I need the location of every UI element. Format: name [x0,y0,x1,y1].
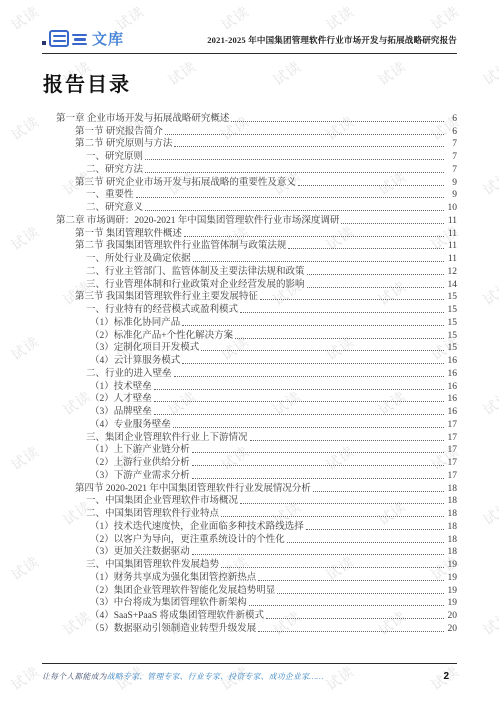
toc-item-page-number: 7 [445,165,457,175]
toc-item-label: （5）数据驱动引领制造业转型升级发展 [90,620,256,634]
watermark-text: 试读 [479,166,499,200]
toc-item-page-number: 15 [445,292,457,302]
toc-leader-dots [298,185,444,186]
toc-item-page-number: 18 [445,547,457,557]
toc-item-page-number: 12 [445,267,457,277]
toc-leader-dots [260,299,444,300]
toc-leader-dots [249,605,444,606]
toc-item-page-number: 19 [445,560,457,570]
toc-item-page-number: 17 [445,433,457,443]
toc-item-page-number: 19 [445,573,457,583]
toc-leader-dots [288,248,444,249]
document-page: 试读试读试读试读试读试读试读试读试读试读试读试读试读试读试读试读试读试读试读试读… [0,0,499,706]
watermark-text: 试读 [479,276,499,310]
brand-name: 文库 [92,32,124,47]
toc-item-page-number: 6 [445,127,457,137]
toc-list: 第一章 企业市场开发与拓展战略研究概述6第一节 研究报告简介6第二节 研究原则与… [56,111,457,634]
toc-leader-dots [136,197,444,198]
page-footer: 让每个人都能成为战略专家、管理专家、行业专家、投资专家、成功企业家…… 2 [42,663,457,682]
toc-item-page-number: 9 [445,190,457,200]
watermark-text: 试读 [7,111,43,145]
toc-item-page-number: 17 [445,458,457,468]
toc-item-page-number: 19 [445,598,457,608]
toc-item-page-number: 7 [445,139,457,149]
toc-leader-dots [266,618,444,619]
toc-leader-dots [165,134,444,135]
toc-item-page-number: 17 [445,471,457,481]
toc-item-page-number: 16 [445,369,457,379]
toc-item-page-number: 15 [445,318,457,328]
watermark-text: 试读 [479,386,499,420]
toc-item-page-number: 11 [445,241,457,251]
footer-slogan-highlight: 战略专家、管理专家、行业专家、投资专家、成功企业家…… [107,672,324,681]
toc-item-page-number: 17 [445,445,457,455]
toc-leader-dots [192,465,444,466]
toc-item-page-number: 16 [445,382,457,392]
document-title: 2021-2025 年中国集团管理软件行业市场开发与拓展战略研究报告 [207,34,457,46]
page-content: 文库 2021-2025 年中国集团管理软件行业市场开发与拓展战略研究报告 报告… [42,0,457,634]
watermark-text: 试读 [7,661,43,695]
toc-item-page-number: 15 [445,305,457,315]
toc-item-page-number: 18 [445,535,457,545]
toc-leader-dots [192,554,444,555]
toc-item-page-number: 20 [445,611,457,621]
toc-leader-dots [307,274,444,275]
logo-e-bars-icon [72,32,87,47]
toc-leader-dots [250,440,444,441]
toc-leader-dots [306,529,444,530]
toc-leader-dots [307,287,444,288]
toc-item-page-number: 17 [445,420,457,430]
toc-item-page-number: 18 [445,484,457,494]
toc-item-page-number: 15 [445,331,457,341]
toc-leader-dots [287,542,444,543]
toc-leader-dots [154,401,444,402]
toc-leader-dots [231,121,444,122]
toc-leader-dots [258,631,444,632]
watermark-text: 试读 [479,496,499,530]
toc-leader-dots [201,350,444,351]
toc-item-page-number: 18 [445,509,457,519]
watermark-text: 试读 [7,441,43,475]
toc-leader-dots [313,491,444,492]
toc-leader-dots [341,223,444,224]
toc-leader-dots [192,452,444,453]
toc-item-page-number: 19 [445,586,457,596]
toc-leader-dots [258,580,444,581]
brand-logo: 文库 [42,30,124,47]
toc-leader-dots [182,363,444,364]
toc-leader-dots [145,159,444,160]
toc-item: （5）数据驱动引领制造业转型升级发展20 [56,621,457,634]
toc-item-page-number: 11 [445,229,457,239]
toc-item-page-number: 16 [445,394,457,404]
toc-item-page-number: 18 [445,522,457,532]
watermark-text: 试读 [479,56,499,90]
watermark-text: 试读 [479,606,499,640]
toc-item-page-number: 14 [445,280,457,290]
toc-item-page-number: 9 [445,178,457,188]
toc-leader-dots [235,338,444,339]
toc-item-page-number: 20 [445,624,457,634]
toc-leader-dots [174,376,444,377]
footer-slogan: 让每个人都能成为战略专家、管理专家、行业专家、投资专家、成功企业家…… [42,671,324,682]
toc-item-page-number: 11 [445,254,457,264]
toc-item-page-number: 16 [445,356,457,366]
toc-leader-dots [277,593,444,594]
toc-leader-dots [174,146,444,147]
footer-slogan-prefix: 让每个人都能成为 [42,672,107,681]
toc-item-page-number: 11 [445,216,457,226]
page-number: 2 [443,671,457,682]
toc-item-page-number: 18 [445,496,457,506]
page-header: 文库 2021-2025 年中国集团管理软件行业市场开发与拓展战略研究报告 [42,0,457,54]
page-title: 报告目录 [43,68,457,97]
watermark-text: 试读 [7,551,43,585]
logo-dot-icon [42,41,46,45]
toc-leader-dots [240,312,444,313]
toc-item-page-number: 6 [445,114,457,124]
watermark-text: 试读 [7,1,43,35]
toc-leader-dots [154,389,444,390]
watermark-text: 试读 [7,331,43,365]
toc-item-page-number: 16 [445,407,457,417]
toc-leader-dots [154,414,444,415]
toc-item-page-number: 7 [445,152,457,162]
toc-leader-dots [240,503,444,504]
logo-e-box-icon [49,30,69,47]
toc-item-page-number: 15 [445,343,457,353]
toc-item-page-number: 10 [445,203,457,213]
watermark-text: 试读 [7,221,43,255]
